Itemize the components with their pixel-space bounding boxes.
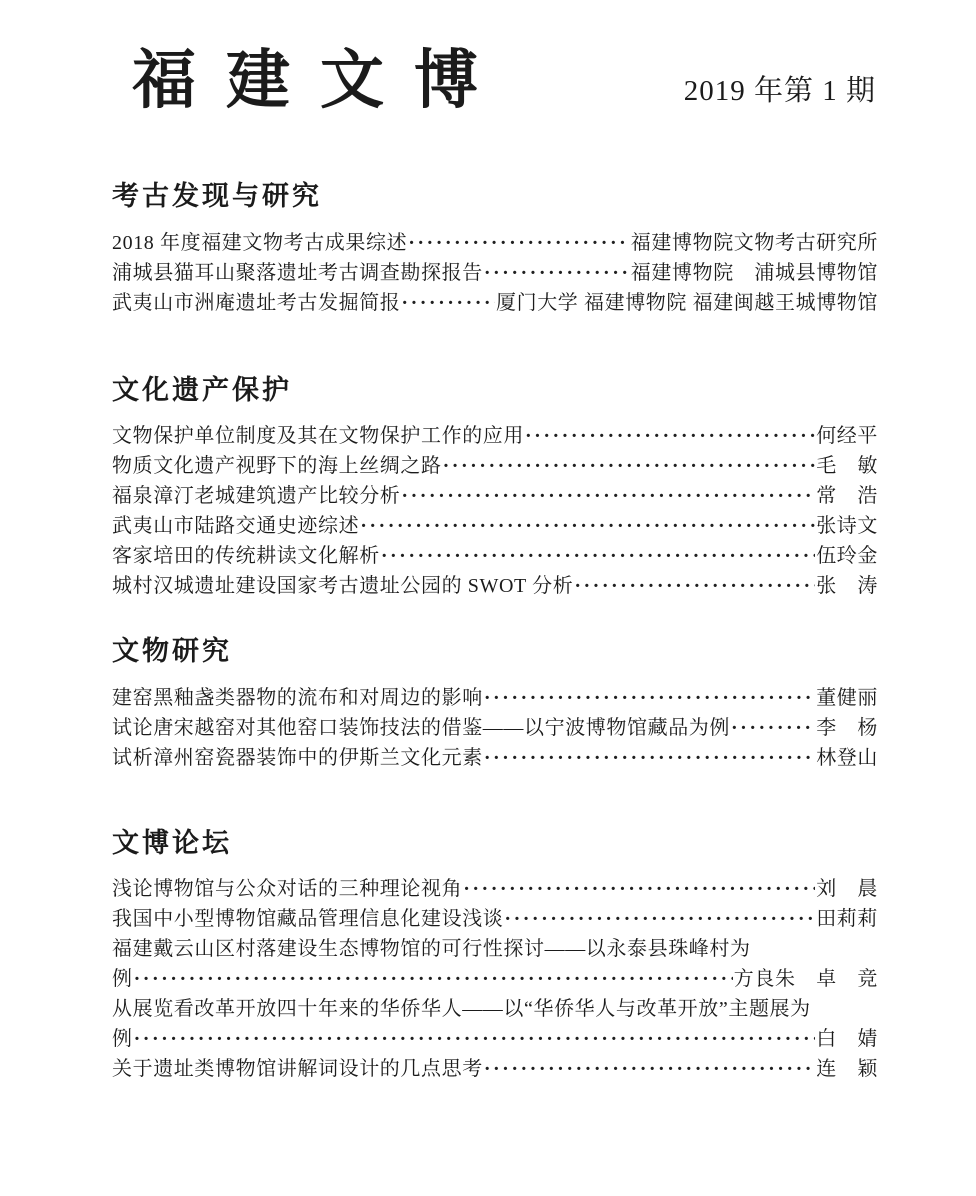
section-heading: 考古发现与研究 xyxy=(112,180,878,212)
section-entries: 2018 年度福建文物考古成果综述 福建博物院文物考古研究所 浦城县猫耳山聚落遗… xyxy=(112,228,878,318)
dot-leader xyxy=(401,481,815,511)
entry-title: 从展览看改革开放四十年来的华侨华人——以“华侨华人与改革开放”主题展为 xyxy=(112,994,811,1024)
entry-title: 建窑黑釉盏类器物的流布和对周边的影响 xyxy=(112,683,483,713)
section-entries: 文物保护单位制度及其在文物保护工作的应用 何经平 物质文化遗产视野下的海上丝绸之… xyxy=(112,421,878,601)
issue-label: 2019 年第 1 期 xyxy=(684,77,876,116)
toc-entry: 客家培田的传统耕读文化解析 伍玲金 xyxy=(112,541,878,571)
dot-leader xyxy=(463,874,815,904)
dot-leader xyxy=(525,421,815,451)
entry-title: 客家培田的传统耕读文化解析 xyxy=(112,541,380,571)
entry-title: 文物保护单位制度及其在文物保护工作的应用 xyxy=(112,421,524,451)
entry-author: 张 涛 xyxy=(816,571,878,601)
section-artifact-research: 文物研究 建窑黑釉盏类器物的流布和对周边的影响 董健丽 试论唐宋越窑对其他窑口装… xyxy=(112,635,878,772)
toc-entry: 建窑黑釉盏类器物的流布和对周边的影响 董健丽 xyxy=(112,683,878,713)
entry-title: 福泉漳汀老城建筑遗产比较分析 xyxy=(112,481,400,511)
dot-leader xyxy=(401,288,495,318)
section-entries: 浅论博物馆与公众对话的三种理论视角 刘 晨 我国中小型博物馆藏品管理信息化建设浅… xyxy=(112,874,878,1084)
entry-title: 试析漳州窑瓷器装饰中的伊斯兰文化元素 xyxy=(112,743,483,773)
toc-entry-wrapped-line: 从展览看改革开放四十年来的华侨华人——以“华侨华人与改革开放”主题展为 xyxy=(112,994,878,1024)
toc-entry: 福泉漳汀老城建筑遗产比较分析 常 浩 xyxy=(112,481,878,511)
masthead: 福建文博 2019 年第 1 期 xyxy=(112,46,878,116)
toc-entry: 浦城县猫耳山聚落遗址考古调查勘探报告 福建博物院 浦城县博物馆 xyxy=(112,258,878,288)
entry-title: 例 xyxy=(112,964,133,994)
entry-title: 关于遗址类博物馆讲解词设计的几点思考 xyxy=(112,1054,483,1084)
toc-entry: 城村汉城遗址建设国家考古遗址公园的 SWOT 分析 张 涛 xyxy=(112,571,878,601)
entry-title: 福建戴云山区村落建设生态博物馆的可行性探讨——以永泰县珠峰村为 xyxy=(112,934,751,964)
entry-title: 例 xyxy=(112,1024,133,1054)
toc-entry: 武夷山市洲庵遗址考古发掘简报 厦门大学 福建博物院 福建闽越王城博物馆 xyxy=(112,288,878,318)
entry-author: 方良朱 卓 竞 xyxy=(734,964,878,994)
dot-leader xyxy=(484,743,815,773)
dot-leader xyxy=(574,571,815,601)
section-entries: 建窑黑釉盏类器物的流布和对周边的影响 董健丽 试论唐宋越窑对其他窑口装饰技法的借… xyxy=(112,683,878,773)
entry-author: 何经平 xyxy=(816,421,878,451)
entry-title: 浦城县猫耳山聚落遗址考古调查勘探报告 xyxy=(112,258,483,288)
entry-author: 福建博物院 浦城县博物馆 xyxy=(631,258,878,288)
toc-entry: 我国中小型博物馆藏品管理信息化建设浅谈 田莉莉 xyxy=(112,904,878,934)
dot-leader xyxy=(408,228,630,258)
entry-title: 2018 年度福建文物考古成果综述 xyxy=(112,228,407,258)
journal-title: 福建文博 xyxy=(132,46,508,116)
entry-author: 张诗文 xyxy=(816,511,878,541)
entry-title: 试论唐宋越窑对其他窑口装饰技法的借鉴——以宁波博物馆藏品为例 xyxy=(112,713,730,743)
section-heading: 文物研究 xyxy=(112,635,878,667)
dot-leader xyxy=(484,1054,815,1084)
entry-title: 浅论博物馆与公众对话的三种理论视角 xyxy=(112,874,462,904)
entry-author: 刘 晨 xyxy=(816,874,878,904)
section-heritage-protection: 文化遗产保护 文物保护单位制度及其在文物保护工作的应用 何经平 物质文化遗产视野… xyxy=(112,374,878,601)
toc-entry: 试析漳州窑瓷器装饰中的伊斯兰文化元素 林登山 xyxy=(112,743,878,773)
dot-leader xyxy=(360,511,815,541)
dot-leader xyxy=(484,258,630,288)
section-archaeology-discovery: 考古发现与研究 2018 年度福建文物考古成果综述 福建博物院文物考古研究所 浦… xyxy=(112,180,878,317)
toc-entry: 关于遗址类博物馆讲解词设计的几点思考 连 颖 xyxy=(112,1054,878,1084)
toc-entry: 浅论博物馆与公众对话的三种理论视角 刘 晨 xyxy=(112,874,878,904)
toc-entry: 物质文化遗产视野下的海上丝绸之路 毛 敏 xyxy=(112,451,878,481)
entry-author: 福建博物院文物考古研究所 xyxy=(631,228,878,258)
toc-entry-wrapped-line: 福建戴云山区村落建设生态博物馆的可行性探讨——以永泰县珠峰村为 xyxy=(112,934,878,964)
entry-author: 白 婧 xyxy=(816,1024,878,1054)
entry-title: 物质文化遗产视野下的海上丝绸之路 xyxy=(112,451,442,481)
entry-author: 厦门大学 福建博物院 福建闽越王城博物馆 xyxy=(496,288,878,318)
entry-title: 武夷山市洲庵遗址考古发掘简报 xyxy=(112,288,400,318)
entry-author: 毛 敏 xyxy=(816,451,878,481)
entry-author: 常 浩 xyxy=(816,481,878,511)
dot-leader xyxy=(731,713,815,743)
entry-author: 董健丽 xyxy=(816,683,878,713)
toc-entry-continuation: 例 方良朱 卓 竞 xyxy=(112,964,878,994)
dot-leader xyxy=(134,1024,816,1054)
entry-author: 伍玲金 xyxy=(816,541,878,571)
journal-toc-page: 福建文博 2019 年第 1 期 考古发现与研究 2018 年度福建文物考古成果… xyxy=(0,0,976,1196)
section-heading: 文化遗产保护 xyxy=(112,374,878,406)
toc-entry: 武夷山市陆路交通史迹综述 张诗文 xyxy=(112,511,878,541)
toc-entry: 文物保护单位制度及其在文物保护工作的应用 何经平 xyxy=(112,421,878,451)
dot-leader xyxy=(504,904,815,934)
toc-entry: 试论唐宋越窑对其他窑口装饰技法的借鉴——以宁波博物馆藏品为例 李 杨 xyxy=(112,713,878,743)
entry-author: 连 颖 xyxy=(816,1054,878,1084)
entry-title: 我国中小型博物馆藏品管理信息化建设浅谈 xyxy=(112,904,503,934)
dot-leader xyxy=(484,683,815,713)
toc-entry-continuation: 例 白 婧 xyxy=(112,1024,878,1054)
section-museum-forum: 文博论坛 浅论博物馆与公众对话的三种理论视角 刘 晨 我国中小型博物馆藏品管理信… xyxy=(112,827,878,1084)
entry-title: 城村汉城遗址建设国家考古遗址公园的 SWOT 分析 xyxy=(112,571,573,601)
entry-author: 林登山 xyxy=(816,743,878,773)
section-heading: 文博论坛 xyxy=(112,827,878,859)
dot-leader xyxy=(381,541,815,571)
entry-author: 李 杨 xyxy=(816,713,878,743)
dot-leader xyxy=(134,964,733,994)
entry-author: 田莉莉 xyxy=(816,904,878,934)
toc-entry: 2018 年度福建文物考古成果综述 福建博物院文物考古研究所 xyxy=(112,228,878,258)
entry-title: 武夷山市陆路交通史迹综述 xyxy=(112,511,359,541)
dot-leader xyxy=(443,451,816,481)
